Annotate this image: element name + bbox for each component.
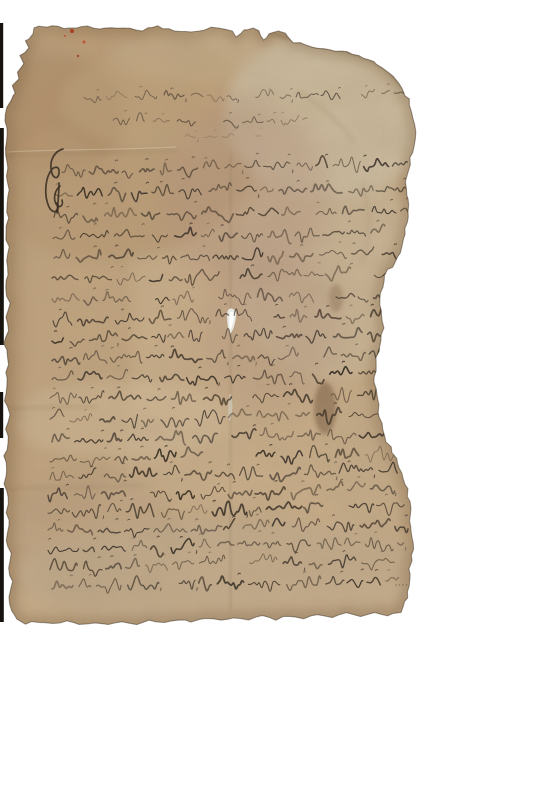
paper-sheet <box>0 0 549 800</box>
red-speck <box>64 35 66 37</box>
manuscript-scan <box>0 0 549 800</box>
scanner-edge-strip <box>0 488 4 622</box>
red-speck <box>70 29 74 33</box>
trailing-dot <box>406 584 407 585</box>
scanner-edge-strip <box>0 23 3 108</box>
scan-page: Two short centered heading lines followe… <box>0 0 549 800</box>
trailing-dot <box>413 584 414 585</box>
red-speck <box>77 55 79 57</box>
trailing-dot <box>399 584 400 585</box>
scanner-edge-strip <box>0 392 3 438</box>
trailing-dot <box>395 584 396 585</box>
red-speck <box>83 41 86 44</box>
trailing-dot <box>402 584 403 585</box>
scanner-edge-strip <box>0 128 4 345</box>
